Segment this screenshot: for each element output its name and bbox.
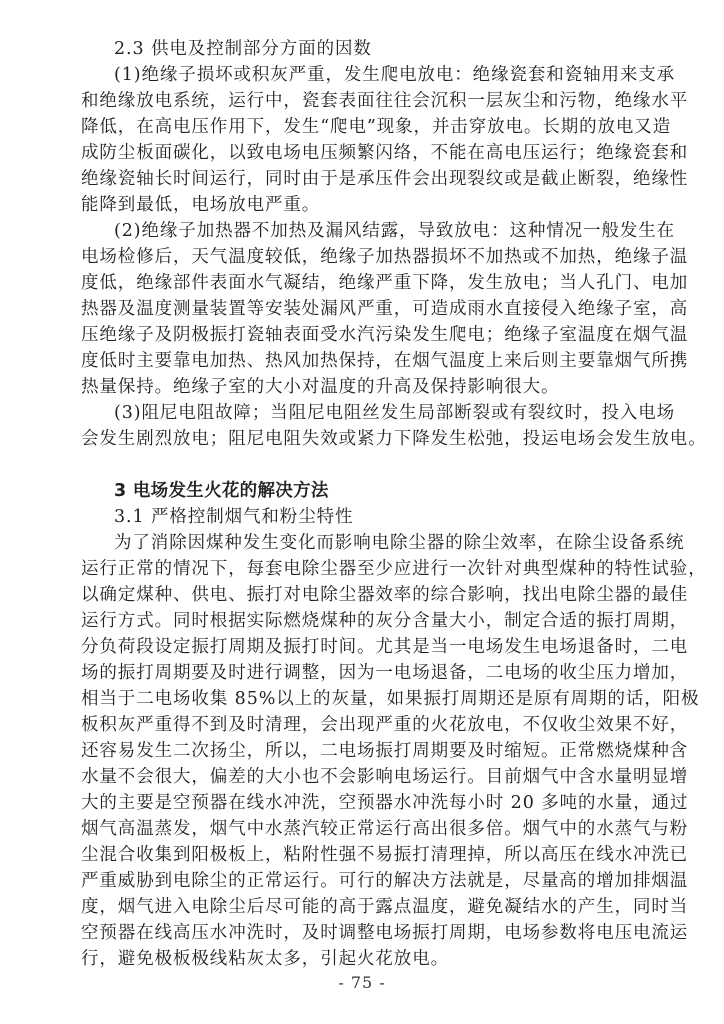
text-line: 度，烟气进入电除尘后尽可能的高于露点温度，避免凝结水的产生，同时当 — [81, 894, 643, 920]
text-line: 成防尘板面碳化，以致电场电压频繁闪络，不能在高电压运行；绝缘瓷套和 — [81, 140, 643, 166]
text-line: 烟气高温蒸发，烟气中水蒸汽较正常运行高出很多倍。烟气中的水蒸气与粉 — [81, 816, 643, 842]
page-number: - 75 - — [0, 973, 724, 992]
text-line: 行，避免极板极线粘灰太多，引起火花放电。 — [81, 946, 643, 972]
text-line: (2)绝缘子加热器不加热及漏风结露，导致放电：这种情况一般发生在 — [81, 218, 643, 244]
section-2-3-heading: 2.3 供电及控制部分方面的因数 — [81, 36, 643, 62]
section-2-3-item-1: (1)绝缘子损坏或积灰严重，发生爬电放电：绝缘瓷套和瓷轴用来支承 和绝缘放电系统… — [81, 62, 643, 218]
section-spacer — [81, 452, 643, 478]
text-line: 尘混合收集到阳极板上，粘附性强不易振打清理掉，所以高压在线水冲洗已 — [81, 842, 643, 868]
section-3-1-heading: 3.1 严格控制烟气和粉尘特性 — [81, 504, 643, 530]
text-line: 电场检修后，天气温度较低，绝缘子加热器损坏不加热或不加热，绝缘子温 — [81, 244, 643, 270]
text-line: 和绝缘放电系统，运行中，瓷套表面往往会沉积一层灰尘和污物，绝缘水平 — [81, 88, 643, 114]
text-line: 分负荷段设定振打周期及振打时间。尤其是当一电场发生电场退备时，二电 — [81, 634, 643, 660]
text-line: 严重威胁到电除尘的正常运行。可行的解决方法就是，尽量高的增加排烟温 — [81, 868, 643, 894]
section-2-3-item-2: (2)绝缘子加热器不加热及漏风结露，导致放电：这种情况一般发生在 电场检修后，天… — [81, 218, 643, 400]
text-line: 会发生剧烈放电；阻尼电阻失效或紧力下降发生松弛，投运电场会发生放电。 — [81, 426, 643, 452]
text-line: 运行方式。同时根据实际燃烧煤种的灰分含量大小，制定合适的振打周期， — [81, 608, 643, 634]
text-line: 以确定煤种、供电、振打对电除尘器效率的综合影响，找出电除尘器的最佳 — [81, 582, 643, 608]
section-2-3-item-3: (3)阻尼电阻故障；当阻尼电阻丝发生局部断裂或有裂纹时，投入电场 会发生剧烈放电… — [81, 400, 643, 452]
text-line: 大的主要是空预器在线水冲洗，空预器水冲洗每小时 20 多吨的水量，通过 — [81, 790, 643, 816]
text-line: 运行正常的情况下，每套电除尘器至少应进行一次针对典型煤种的特性试验， — [81, 556, 643, 582]
text-line: (1)绝缘子损坏或积灰严重，发生爬电放电：绝缘瓷套和瓷轴用来支承 — [81, 62, 643, 88]
text-line: 度低，绝缘部件表面水气凝结，绝缘严重下降，发生放电；当人孔门、电加 — [81, 270, 643, 296]
text-line: 度低时主要靠电加热、热风加热保持，在烟气温度上来后则主要靠烟气所携 — [81, 348, 643, 374]
text-line: 相当于二电场收集 85%以上的灰量，如果振打周期还是原有周期的话，阳极 — [81, 686, 643, 712]
text-line: (3)阻尼电阻故障；当阻尼电阻丝发生局部断裂或有裂纹时，投入电场 — [81, 400, 643, 426]
text-line: 还容易发生二次扬尘，所以，二电场振打周期要及时缩短。正常燃烧煤种含 — [81, 738, 643, 764]
text-line: 压绝缘子及阴极振打瓷轴表面受水汽污染发生爬电；绝缘子室温度在烟气温 — [81, 322, 643, 348]
section-3-heading: 3 电场发生火花的解决方法 — [81, 478, 643, 504]
text-line: 能降到最低，电场放电严重。 — [81, 192, 643, 218]
text-line: 降低，在高电压作用下，发生“爬电”现象，并击穿放电。长期的放电又造 — [81, 114, 643, 140]
text-line: 热器及温度测量装置等安装处漏风严重，可造成雨水直接侵入绝缘子室，高 — [81, 296, 643, 322]
document-page: 2.3 供电及控制部分方面的因数 (1)绝缘子损坏或积灰严重，发生爬电放电：绝缘… — [81, 36, 643, 972]
section-3-1-paragraph: 为了消除因煤种发生变化而影响电除尘器的除尘效率，在除尘设备系统 运行正常的情况下… — [81, 530, 643, 972]
text-line: 水量不会很大，偏差的大小也不会影响电场运行。目前烟气中含水量明显增 — [81, 764, 643, 790]
text-line: 场的振打周期要及时进行调整，因为一电场退备，二电场的收尘压力增加， — [81, 660, 643, 686]
text-line: 空预器在线高压水冲洗时，及时调整电场振打周期，电场参数将电压电流运 — [81, 920, 643, 946]
text-line: 为了消除因煤种发生变化而影响电除尘器的除尘效率，在除尘设备系统 — [81, 530, 643, 556]
text-line: 热量保持。绝缘子室的大小对温度的升高及保持影响很大。 — [81, 374, 643, 400]
text-line: 绝缘瓷轴长时间运行，同时由于是承压件会出现裂纹或是截止断裂，绝缘性 — [81, 166, 643, 192]
text-line: 板积灰严重得不到及时清理，会出现严重的火花放电，不仅收尘效果不好， — [81, 712, 643, 738]
